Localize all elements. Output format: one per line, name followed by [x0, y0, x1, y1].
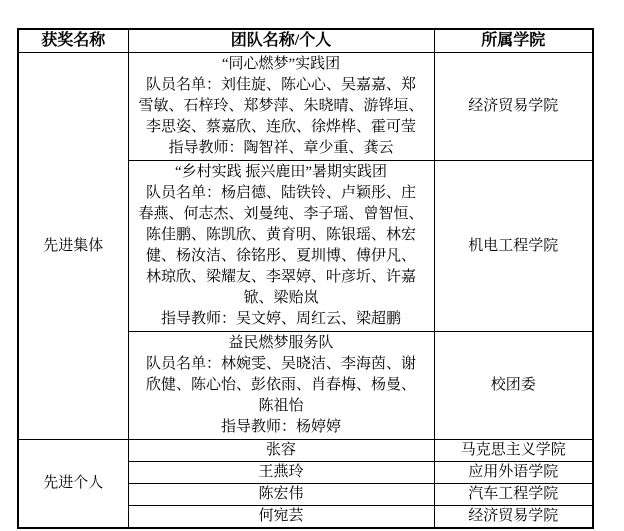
college-cell: 应用外语学院 [434, 462, 593, 484]
college-cell: 机电工程学院 [434, 161, 593, 332]
college-cell: 汽车工程学院 [434, 484, 593, 506]
header-cell-college: 所属学院 [434, 29, 593, 53]
team-detail-cell: “同心燃梦”实践团 队员名单：刘佳旋、陈心心、吴嘉嘉、郑 雪敏、石梓玲、郑梦萍、… [128, 53, 434, 161]
award-group-collective: 先进集体 [18, 53, 128, 440]
college-cell: 经济贸易学院 [434, 506, 593, 529]
person-name-cell: 王燕玲 [128, 462, 434, 484]
college-cell: 经济贸易学院 [434, 53, 593, 161]
header-row: 获奖名称 团队名称/个人 所属学院 [18, 29, 593, 53]
table-row: 先进集体 “同心燃梦”实践团 队员名单：刘佳旋、陈心心、吴嘉嘉、郑 雪敏、石梓玲… [18, 53, 593, 161]
person-name-cell: 张容 [128, 440, 434, 462]
header-cell-award-name: 获奖名称 [18, 29, 128, 53]
awards-table: 获奖名称 团队名称/个人 所属学院 先进集体 “同心燃梦”实践团 队员名单：刘佳… [17, 28, 594, 529]
team-detail-cell: 益民燃梦服务队 队员名单：林婉雯、吴晓洁、李海茵、谢 欣健、陈心怡、彭依雨、肖春… [128, 332, 434, 440]
award-group-individual: 先进个人 [18, 440, 128, 529]
team-detail-cell: “乡村实践 振兴鹿田”暑期实践团 队员名单：杨启德、陆铁铃、卢颖彤、庄 春燕、何… [128, 161, 434, 332]
document-page: 获奖名称 团队名称/个人 所属学院 先进集体 “同心燃梦”实践团 队员名单：刘佳… [0, 0, 624, 531]
college-cell: 校团委 [434, 332, 593, 440]
header-cell-team-name: 团队名称/个人 [128, 29, 434, 53]
person-name-cell: 何宛芸 [128, 506, 434, 529]
college-cell: 马克思主义学院 [434, 440, 593, 462]
table-row: 先进个人 张容 马克思主义学院 [18, 440, 593, 462]
person-name-cell: 陈宏伟 [128, 484, 434, 506]
